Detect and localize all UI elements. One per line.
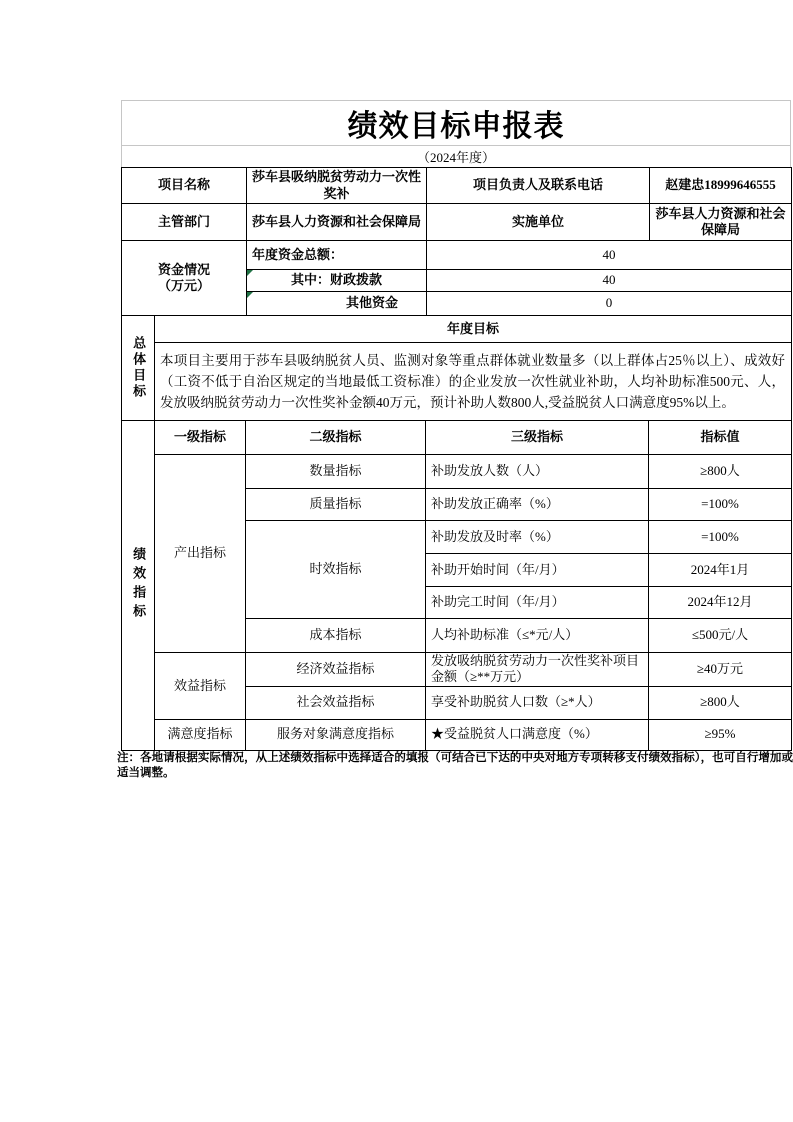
indicators-table: 绩效指标 一级指标 二级指标 三级指标 指标值 产出指标 数量指标 补助发放人数… xyxy=(121,420,792,751)
header-level1: 一级指标 xyxy=(155,421,246,455)
indicator-value-cell: ≥800人 xyxy=(649,686,792,719)
impl-unit-value: 莎车县人力资源和社会保障局 xyxy=(650,204,792,241)
level2-social: 社会效益指标 xyxy=(246,686,426,719)
page-title: 绩效目标申报表 xyxy=(122,101,790,146)
overall-goal-side-label: 总体目标 xyxy=(122,316,155,421)
level2-quantity: 数量指标 xyxy=(246,455,426,489)
header-level2: 二级指标 xyxy=(246,421,426,455)
row-project-name: 项目名称 莎车县吸纳脱贫劳动力一次性奖补 项目负责人及联系电话 赵建忠18999… xyxy=(122,168,792,204)
overall-goal-table: 总体目标 年度目标 本项目主要用于莎车县吸纳脱贫人员、监测对象等重点群体就业数量… xyxy=(121,315,792,421)
level3-cell: 补助发放人数（人） xyxy=(426,455,649,489)
level3-cell: 人均补助标准（≤*元/人） xyxy=(426,619,649,653)
funding-fiscal-label: 其中：财政拨款 xyxy=(247,270,427,292)
level1-output: 产出指标 xyxy=(155,455,246,653)
header-value: 指标值 xyxy=(649,421,792,455)
project-name-value: 莎车县吸纳脱贫劳动力一次性奖补 xyxy=(247,168,427,204)
level2-service-satisfaction: 服务对象满意度指标 xyxy=(246,719,426,750)
level3-cell: ★受益脱贫人口满意度（%） xyxy=(426,719,649,750)
row-funding-total: 资金情况 （万元） 年度资金总额： 40 xyxy=(122,241,792,270)
project-leader-value: 赵建忠18999646555 xyxy=(650,168,792,204)
level3-cell: 补助发放正确率（%） xyxy=(426,489,649,521)
document-page: 绩效目标申报表 （2024年度） 项目名称 莎车县吸纳脱贫劳动力一次性奖补 项目… xyxy=(0,0,793,1122)
indicator-row: 效益指标 经济效益指标 发放吸纳脱贫劳动力一次性奖补项目金额（≥**万元） ≥4… xyxy=(122,653,792,687)
level3-cell: 补助完工时间（年/月） xyxy=(426,587,649,619)
row-annual-goal-body: 本项目主要用于莎车县吸纳脱贫人员、监测对象等重点群体就业数量多（以上群体占25％… xyxy=(122,343,792,421)
funding-other-label: 其他资金 xyxy=(247,292,427,316)
level3-cell: 补助开始时间（年/月） xyxy=(426,554,649,587)
page-subtitle: （2024年度） xyxy=(122,146,790,167)
indicator-value-cell: ≤500元/人 xyxy=(649,619,792,653)
indicator-row: 产出指标 数量指标 补助发放人数（人） ≥800人 xyxy=(122,455,792,489)
level2-timeliness: 时效指标 xyxy=(246,521,426,619)
level2-cost: 成本指标 xyxy=(246,619,426,653)
indicator-row: 满意度指标 服务对象满意度指标 ★受益脱贫人口满意度（%） ≥95% xyxy=(122,719,792,750)
header-level3: 三级指标 xyxy=(426,421,649,455)
indicator-value-cell: ≥40万元 xyxy=(649,653,792,687)
project-name-label: 项目名称 xyxy=(122,168,247,204)
annual-goal-body: 本项目主要用于莎车县吸纳脱贫人员、监测对象等重点群体就业数量多（以上群体占25％… xyxy=(155,343,792,421)
indicator-value-cell: =100% xyxy=(649,521,792,554)
indicators-side-label: 绩效指标 xyxy=(122,421,155,751)
title-block: 绩效目标申报表 （2024年度） xyxy=(121,100,791,168)
level2-economic: 经济效益指标 xyxy=(246,653,426,687)
indicators-header-row: 绩效指标 一级指标 二级指标 三级指标 指标值 xyxy=(122,421,792,455)
excel-flag-icon xyxy=(247,270,253,276)
row-department: 主管部门 莎车县人力资源和社会保障局 实施单位 莎车县人力资源和社会保障局 xyxy=(122,204,792,241)
info-table: 项目名称 莎车县吸纳脱贫劳动力一次性奖补 项目负责人及联系电话 赵建忠18999… xyxy=(121,167,792,316)
funding-total-label: 年度资金总额： xyxy=(247,241,427,270)
project-leader-label: 项目负责人及联系电话 xyxy=(427,168,650,204)
indicator-value-cell: ≥95% xyxy=(649,719,792,750)
level3-cell: 补助发放及时率（%） xyxy=(426,521,649,554)
level3-cell: 享受补助脱贫人口数（≥*人） xyxy=(426,686,649,719)
funding-total-value: 40 xyxy=(427,241,792,270)
level1-satisfaction: 满意度指标 xyxy=(155,719,246,750)
impl-unit-label: 实施单位 xyxy=(427,204,650,241)
indicator-value-cell: 2024年1月 xyxy=(649,554,792,587)
excel-flag-icon xyxy=(247,292,253,298)
level3-cell: 发放吸纳脱贫劳动力一次性奖补项目金额（≥**万元） xyxy=(426,653,649,687)
dept-value: 莎车县人力资源和社会保障局 xyxy=(247,204,427,241)
row-annual-goal-header: 总体目标 年度目标 xyxy=(122,316,792,343)
funding-label: 资金情况 （万元） xyxy=(122,241,247,316)
dept-label: 主管部门 xyxy=(122,204,247,241)
annual-goal-header: 年度目标 xyxy=(155,316,792,343)
indicator-value-cell: 2024年12月 xyxy=(649,587,792,619)
funding-other-value: 0 xyxy=(427,292,792,316)
funding-fiscal-value: 40 xyxy=(427,270,792,292)
level2-quality: 质量指标 xyxy=(246,489,426,521)
level1-benefit: 效益指标 xyxy=(155,653,246,720)
indicator-value-cell: =100% xyxy=(649,489,792,521)
footnote: 注：各地请根据实际情况，从上述绩效指标中选择适合的填报（可结合已下达的中央对地方… xyxy=(117,751,793,781)
indicator-value-cell: ≥800人 xyxy=(649,455,792,489)
